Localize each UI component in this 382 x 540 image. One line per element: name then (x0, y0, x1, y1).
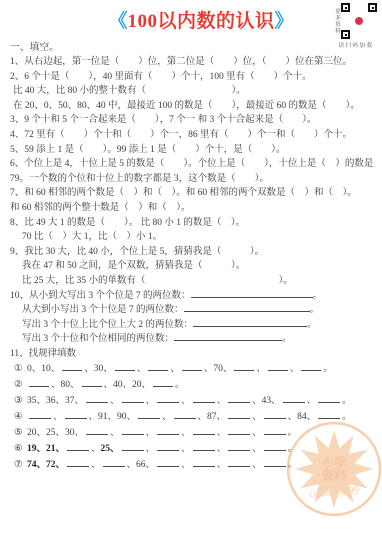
worksheet-line: 8、比 49 大 1 的数是（ ）。 比 80 小 1 的数是（ ）。 (10, 216, 378, 231)
answer-blank (122, 427, 144, 435)
seal-code: cd5678999 (309, 485, 360, 500)
answer-blank (264, 459, 286, 467)
worksheet-line: 比 40 大，比 80 小的整十数有（ ）。 (10, 84, 378, 99)
answer-blank (184, 304, 310, 312)
worksheet-line: 11、找规律填数 (10, 347, 378, 362)
answer-blank (103, 459, 125, 467)
answer-blank (191, 290, 313, 298)
worksheet-line: 5、59 添上 1 是（ ）。99 添上 1 是（ ）个十，是（ ）。 (10, 143, 378, 158)
answer-blank (157, 459, 179, 467)
answer-blank (148, 363, 168, 371)
answer-blank (228, 411, 250, 419)
worksheet-page: 《100以内数的认识》 更多资料 请扫码加我 一、填空。 1、从右边起，第一位是… (0, 0, 382, 540)
answer-blank (318, 395, 340, 403)
worksheet-line: 比 25 大，比 35 小的单数有（ ）。 (10, 274, 378, 289)
worksheet-line: 7、和 60 相邻的两个数是（ ）和（ ）。和 60 相邻的两个双数是（ ）和（… (10, 186, 378, 201)
answer-blank (153, 379, 173, 387)
answer-blank (268, 363, 288, 371)
answer-blank (318, 411, 340, 419)
title-bracket-close: 》 (275, 11, 294, 32)
pattern-line: ②、80、、40、20、。 (10, 377, 378, 393)
answer-blank (122, 395, 144, 403)
answer-blank (62, 363, 82, 371)
pattern-line: ①0、10、、30、、、、70、、、。 (10, 361, 378, 377)
fill-in-questions: 1、从右边起，第一位是（ ）位，第二位是（ ）位，（ ）位在第三位。2、6 个十… (10, 55, 378, 361)
worksheet-line: 2、6 个十是（ ），40 里面有（ ）个十，100 里有（ ）个十。 (10, 70, 378, 85)
answer-blank (67, 443, 89, 451)
page-title: 《100以内数的认识》 (10, 8, 378, 35)
section-heading: 一、填空。 (10, 40, 378, 55)
pattern-marker: ④ (14, 409, 27, 425)
worksheet-line: 我在 47 和 50 之间，是个双数，猜猜我是（ ）。 (10, 259, 378, 274)
worksheet-line: 79。一个数的个位和十位上的数字都是 3，这个数是（ ）。 (10, 172, 378, 187)
pattern-line: ④、、91、90、、、87、、、84、。 (10, 409, 378, 425)
worksheet-line: 70 比（ ）大 1，比（ ）小 1。 (10, 230, 378, 245)
pattern-marker: ③ (14, 393, 27, 409)
answer-blank (86, 395, 108, 403)
worksheet-line: 10、从小到大写出 3 个个位是 7 的两位数：。 (10, 289, 378, 304)
answer-blank (122, 443, 144, 451)
qr-code-icon (341, 3, 377, 39)
answer-blank (157, 443, 179, 451)
answer-blank (228, 395, 250, 403)
answer-blank (193, 395, 215, 403)
pattern-line: ⑥19、21、、25、、、、、。 (10, 441, 378, 457)
worksheet-line: 3、9 个十和 5 个一合起来是（ ），7 个一 和 3 个十合起来是（ ）。 (10, 113, 378, 128)
pattern-marker: ① (14, 361, 27, 377)
answer-blank (301, 363, 321, 371)
pattern-marker: ② (14, 377, 27, 393)
qr-side-label: 更多资料 (333, 3, 340, 39)
worksheet-line: 1、从右边起，第一位是（ ）位，第二位是（ ）位，（ ）位在第三位。 (10, 55, 378, 70)
qr-finder-icon (341, 30, 350, 39)
worksheet-line: 6、个位上是 4，十位上是 5 的数是（ ）。个位上是（ ），十位上是（ ）的数… (10, 157, 378, 172)
answer-blank (157, 395, 179, 403)
answer-blank (67, 459, 89, 467)
worksheet-line: 从大到小写出 3 个十位是 7 的两位数：。 (10, 303, 378, 318)
answer-blank (234, 363, 254, 371)
pattern-questions: ①0、10、、30、、、、70、、、。②、80、、40、20、。③35、36、3… (10, 361, 378, 473)
answer-blank (283, 395, 305, 403)
answer-blank (174, 411, 196, 419)
answer-blank (228, 427, 250, 435)
pattern-marker: ⑥ (14, 441, 27, 457)
title-text: 100以内数的认识 (127, 11, 274, 32)
qr-logo-dot-icon (354, 16, 364, 26)
pattern-line: ⑤20、25、30、、、、、、。 (10, 425, 378, 441)
pattern-marker: ⑤ (14, 425, 27, 441)
title-bracket-open: 《 (108, 11, 127, 32)
pattern-line: ③35、36、37、、、、、、43、、。 (10, 393, 378, 409)
qr-finder-icon (341, 3, 350, 12)
worksheet-content: 一、填空。 1、从右边起，第一位是（ ）位，第二位是（ ）位，（ ）位在第三位。… (10, 40, 378, 473)
answer-blank (115, 363, 135, 371)
answer-blank (228, 443, 250, 451)
pattern-line: ⑦74、72、、、66、、、、。 (10, 457, 378, 473)
answer-blank (228, 459, 250, 467)
answer-blank (138, 411, 160, 419)
answer-blank (264, 411, 286, 419)
worksheet-line: 写出 3 个十位和个位相同的两位数：。 (10, 332, 378, 347)
answer-blank (193, 443, 215, 451)
answer-blank (29, 379, 49, 387)
answer-blank (193, 427, 215, 435)
answer-blank (157, 427, 179, 435)
answer-blank (182, 363, 202, 371)
worksheet-line: 和 60 相邻的两个整十数是（ ）和（ ）。 (10, 201, 378, 216)
pattern-marker: ⑦ (14, 457, 27, 473)
answer-blank (264, 427, 286, 435)
worksheet-line: 写出 3 个十位上比个位上大 2 的两位数：。 (10, 318, 378, 333)
answer-blank (29, 411, 51, 419)
worksheet-line: 在 20、0、50、80、40 中，最接近 100 的数是（ ），最接近 60 … (10, 99, 378, 114)
answer-blank (193, 459, 215, 467)
answer-blank (82, 379, 102, 387)
answer-blank (264, 443, 286, 451)
answer-blank (174, 333, 282, 341)
qr-finder-icon (368, 3, 377, 12)
answer-blank (65, 411, 87, 419)
worksheet-line: 4、72 里有（ ）个十和（ ）个一，86 里有（ ）个一和（ ）个十。 (10, 128, 378, 143)
answer-blank (86, 427, 108, 435)
worksheet-line: 9、我比 30 大，比 40 小，个位上是 5，猜猜我是（ ）。 (10, 245, 378, 260)
answer-blank (193, 319, 307, 327)
